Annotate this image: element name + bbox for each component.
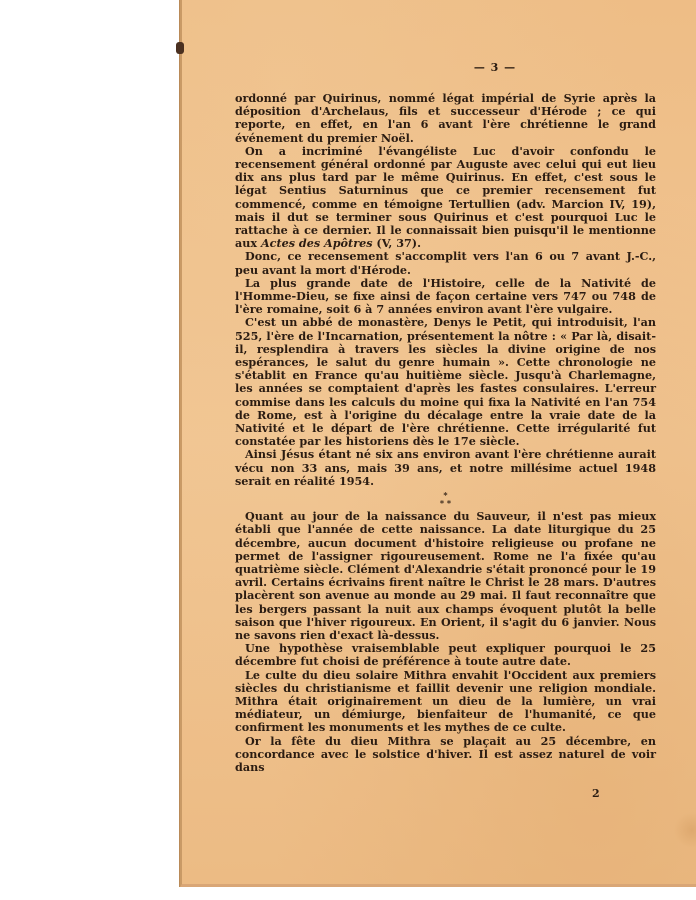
body-text: ordonné par Quirinus, nommé légat impéri…: [235, 92, 656, 774]
binding-tear-mark: [176, 42, 184, 54]
paragraph: Ainsi Jésus étant né six ans environ ava…: [235, 448, 656, 488]
paragraph: C'est un abbé de monastère, Denys le Pet…: [235, 316, 656, 448]
asterism-bottom: * *: [235, 499, 656, 507]
paragraph: ordonné par Quirinus, nommé légat impéri…: [235, 92, 656, 145]
paragraph: La plus grande date de l'Histoire, celle…: [235, 277, 656, 317]
signature-mark: 2: [592, 787, 600, 800]
paragraph: On a incriminé l'évangéliste Luc d'avoir…: [235, 145, 656, 251]
page-number-header: — 3 —: [182, 61, 696, 74]
paragraph: Donc, ce recensement s'accomplit vers l'…: [235, 250, 656, 276]
section-separator-asterism: * * *: [235, 488, 656, 510]
paragraph: Or la fête du dieu Mithra se plaçait au …: [235, 735, 656, 775]
paragraph-text: On a incriminé l'évangéliste Luc d'avoir…: [235, 144, 656, 250]
paragraph: Une hypothèse vraisemblable peut expliqu…: [235, 642, 656, 668]
book-title-italic: Actes des Apôtres: [261, 236, 373, 250]
paragraph-text: (V, 37).: [373, 236, 421, 250]
scanned-page: — 3 — ordonné par Quirinus, nommé légat …: [180, 0, 696, 887]
paragraph: Le culte du dieu solaire Mithra envahit …: [235, 669, 656, 735]
paragraph: Quant au jour de la naissance du Sauveur…: [235, 510, 656, 642]
